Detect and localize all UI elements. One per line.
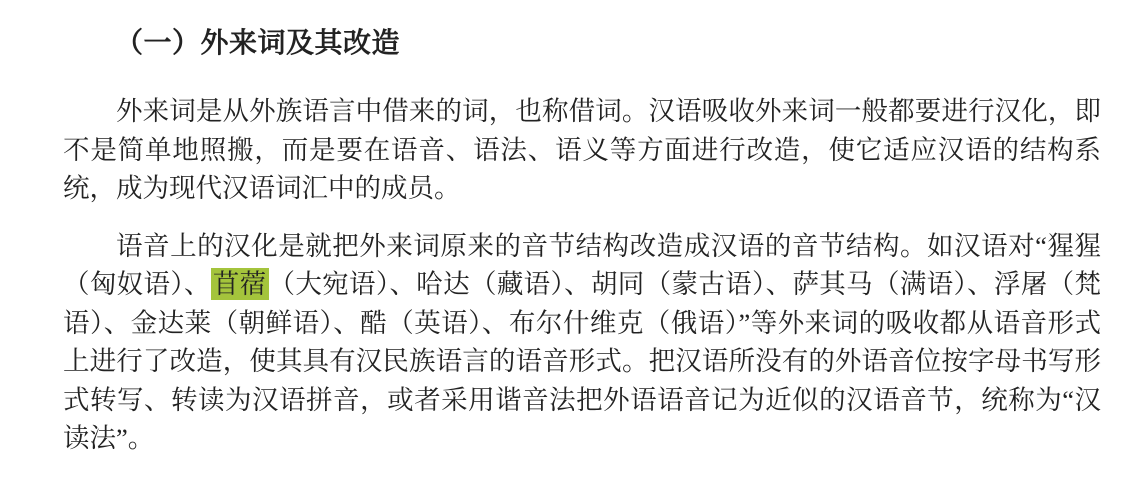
document-page: （一）外来词及其改造 外来词是从外族语言中借来的词，也称借词。汉语吸收外来词一般… [0, 0, 1132, 481]
paragraph-phonetic-sinicization: 语音上的汉化是就把外来词原来的音节结构改造成汉语的音节结构。如汉语对“猩猩（匈奴… [63, 227, 1101, 458]
highlighted-term: 苜蓿 [211, 268, 269, 300]
section-heading: （一）外来词及其改造 [115, 24, 1102, 64]
paragraph-loanwords-intro: 外来词是从外族语言中借来的词，也称借词。汉语吸收外来词一般都要进行汉化，即不是简… [63, 92, 1101, 208]
